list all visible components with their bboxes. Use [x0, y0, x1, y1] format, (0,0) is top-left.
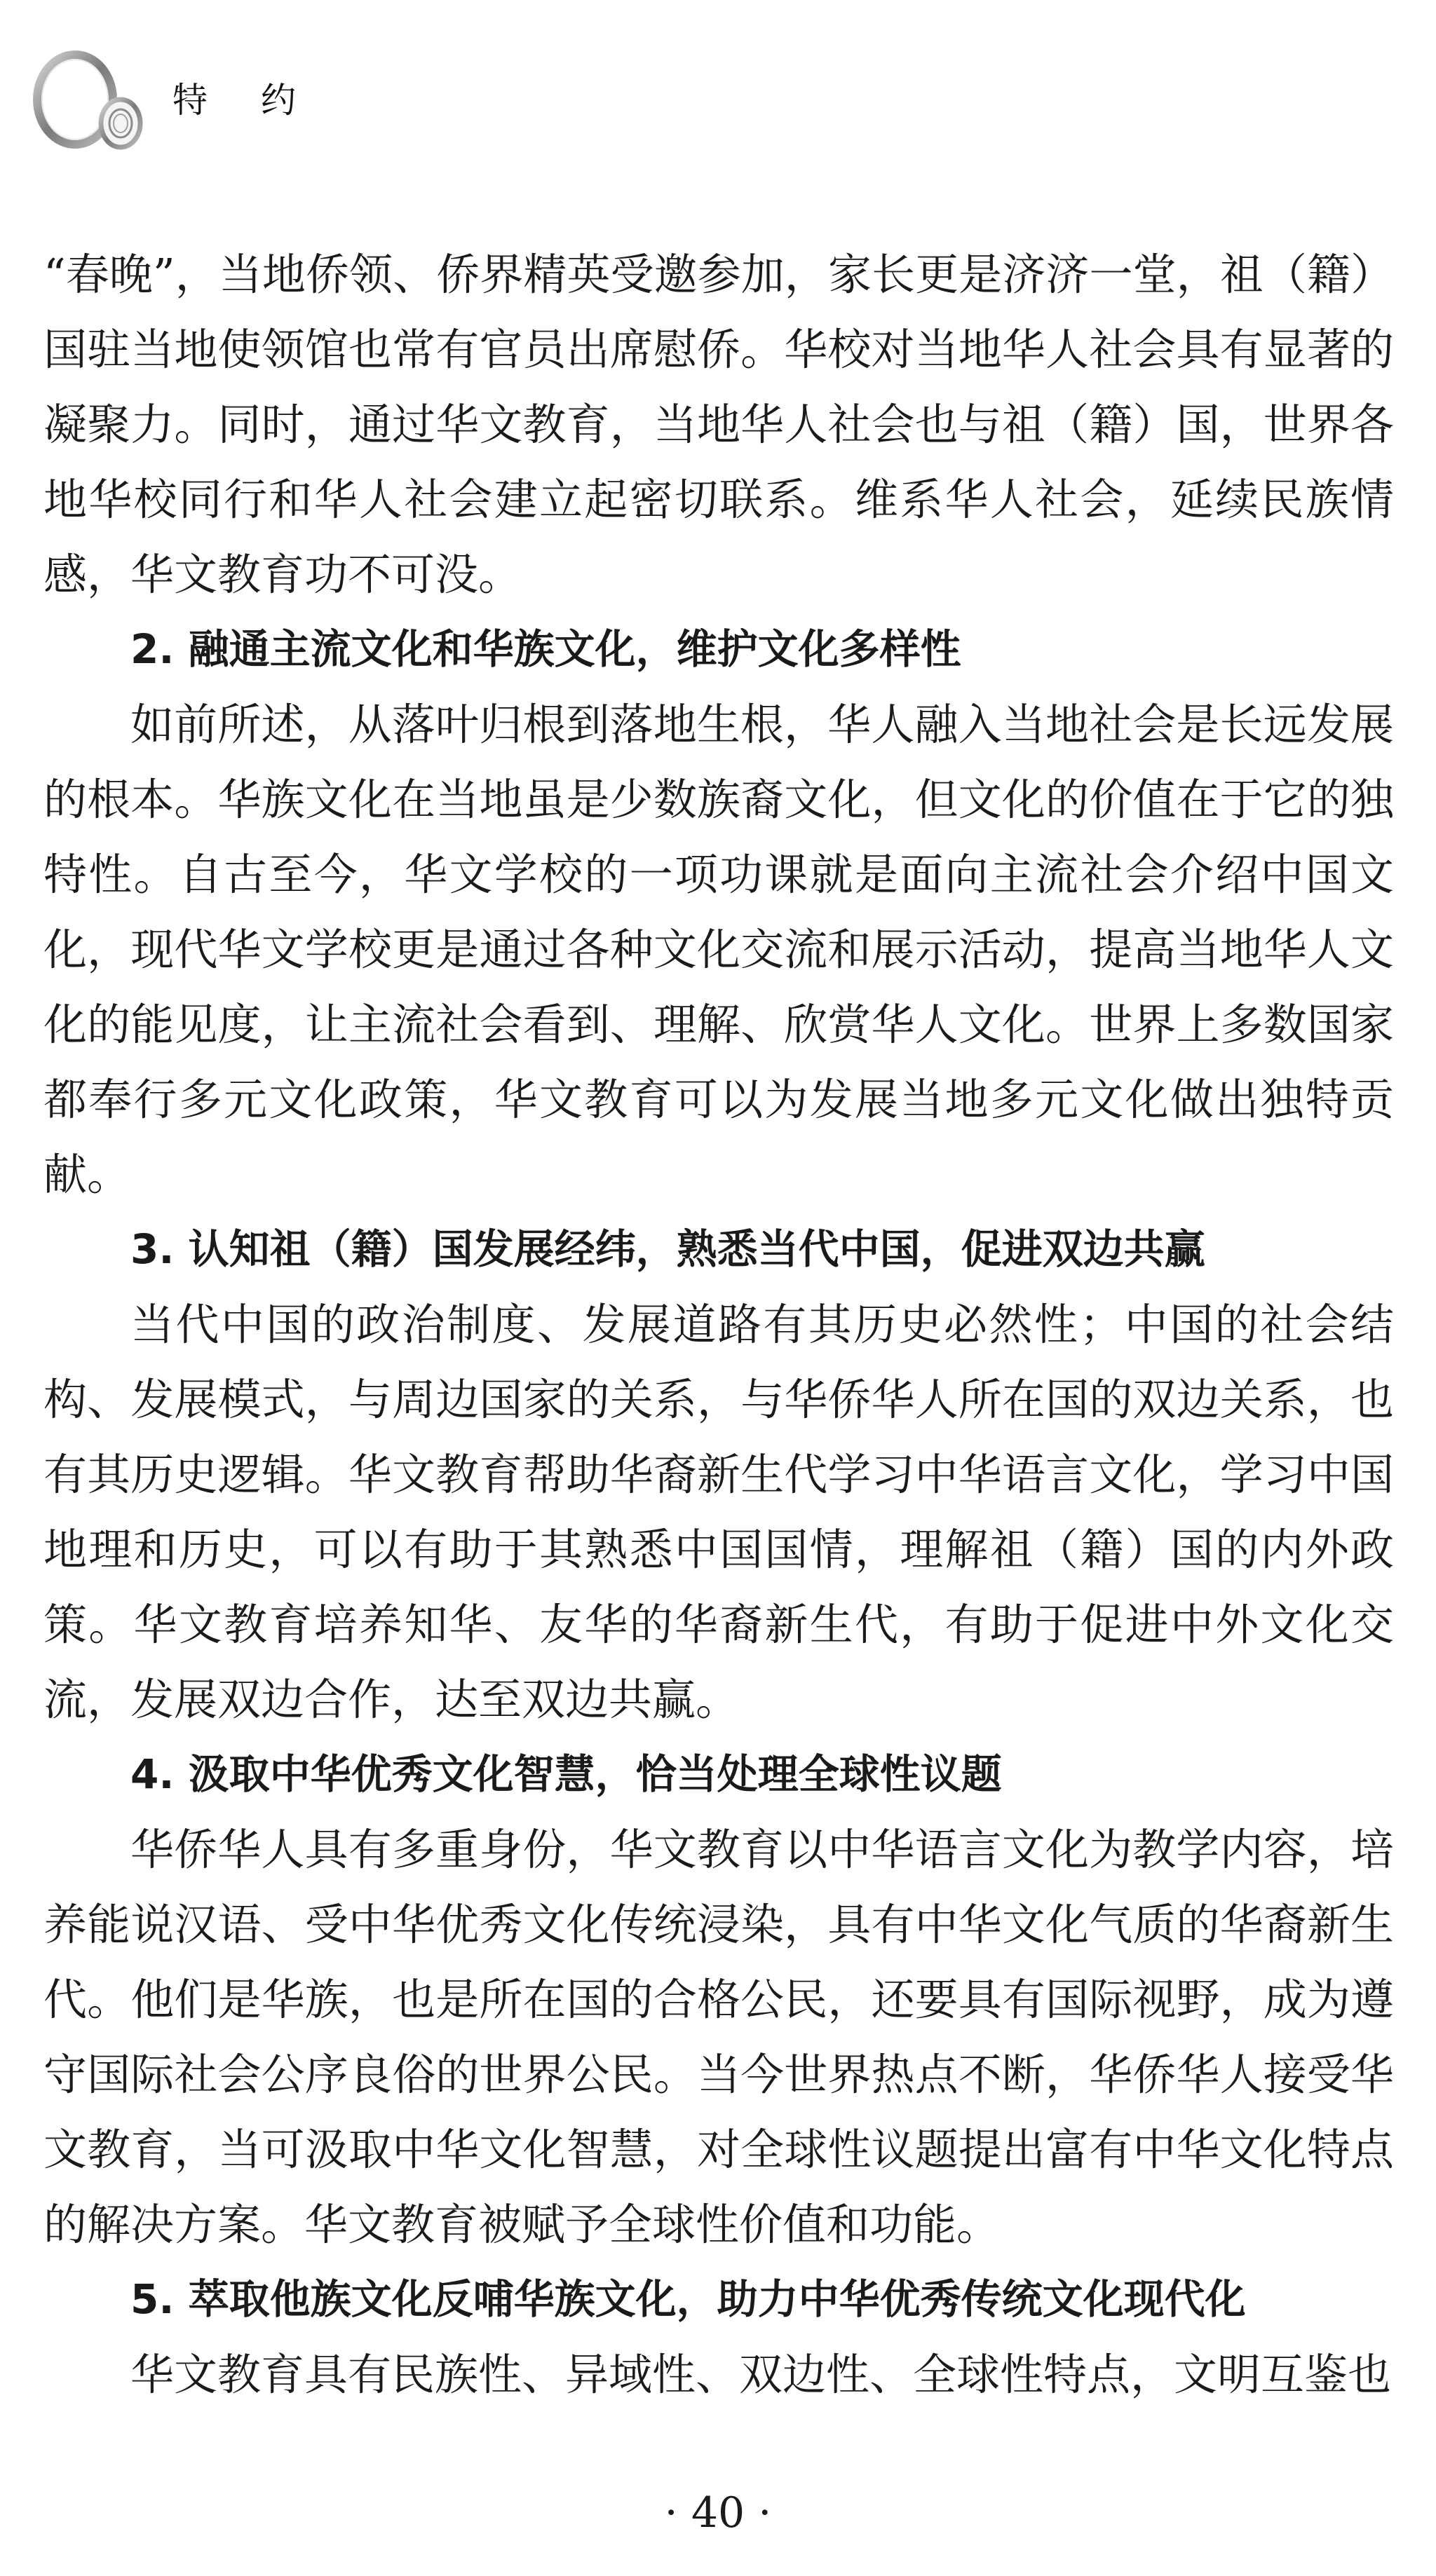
section-paragraph-5: 华文教育具有民族性、异域性、双边性、全球性特点，文明互鉴也	[43, 2337, 1394, 2412]
header-label-char-2: 约	[261, 79, 296, 121]
paragraph-text: 当代中国的政治制度、发展道路有其历史必然性；中国的社会结构、发展模式，与周边国家…	[43, 1287, 1394, 1737]
section-heading-5: 5. 萃取他族文化反哺华族文化，助力中华优秀传统文化现代化	[43, 2262, 1394, 2337]
paragraph-text: 华文教育具有民族性、异域性、双边性、全球性特点，文明互鉴也	[43, 2337, 1394, 2412]
section-paragraph-3: 当代中国的政治制度、发展道路有其历史必然性；中国的社会结构、发展模式，与周边国家…	[43, 1287, 1394, 1737]
page-number: · 40 ·	[0, 2488, 1436, 2537]
paragraph-text: 华侨华人具有多重身份，华文教育以中华语言文化为教学内容，培养能说汉语、受中华优秀…	[43, 1812, 1394, 2262]
section-paragraph-2: 如前所述，从落叶归根到落地生根，华人融入当地社会是长远发展的根本。华族文化在当地…	[43, 687, 1394, 1212]
section-heading-2: 2. 融通主流文化和华族文化，维护文化多样性	[43, 612, 1394, 687]
article-body: “春晚”，当地侨领、侨界精英受邀参加，家长更是济济一堂，祖（籍）国驻当地使领馆也…	[43, 237, 1394, 2412]
paragraph-text: “春晚”，当地侨领、侨界精英受邀参加，家长更是济济一堂，祖（籍）国驻当地使领馆也…	[43, 237, 1394, 612]
section-heading-3: 3. 认知祖（籍）国发展经纬，熟悉当代中国，促进双边共赢	[43, 1212, 1394, 1287]
header-label-char-1: 特	[172, 79, 208, 121]
intro-paragraph: “春晚”，当地侨领、侨界精英受邀参加，家长更是济济一堂，祖（籍）国驻当地使领馆也…	[43, 237, 1394, 612]
double-ring-logo-icon	[32, 42, 158, 168]
section-heading-4: 4. 汲取中华优秀文化智慧，恰当处理全球性议题	[43, 1737, 1394, 1812]
section-paragraph-4: 华侨华人具有多重身份，华文教育以中华语言文化为教学内容，培养能说汉语、受中华优秀…	[43, 1812, 1394, 2262]
page-header: 特 约	[0, 0, 1436, 210]
paragraph-text: 如前所述，从落叶归根到落地生根，华人融入当地社会是长远发展的根本。华族文化在当地…	[43, 687, 1394, 1212]
